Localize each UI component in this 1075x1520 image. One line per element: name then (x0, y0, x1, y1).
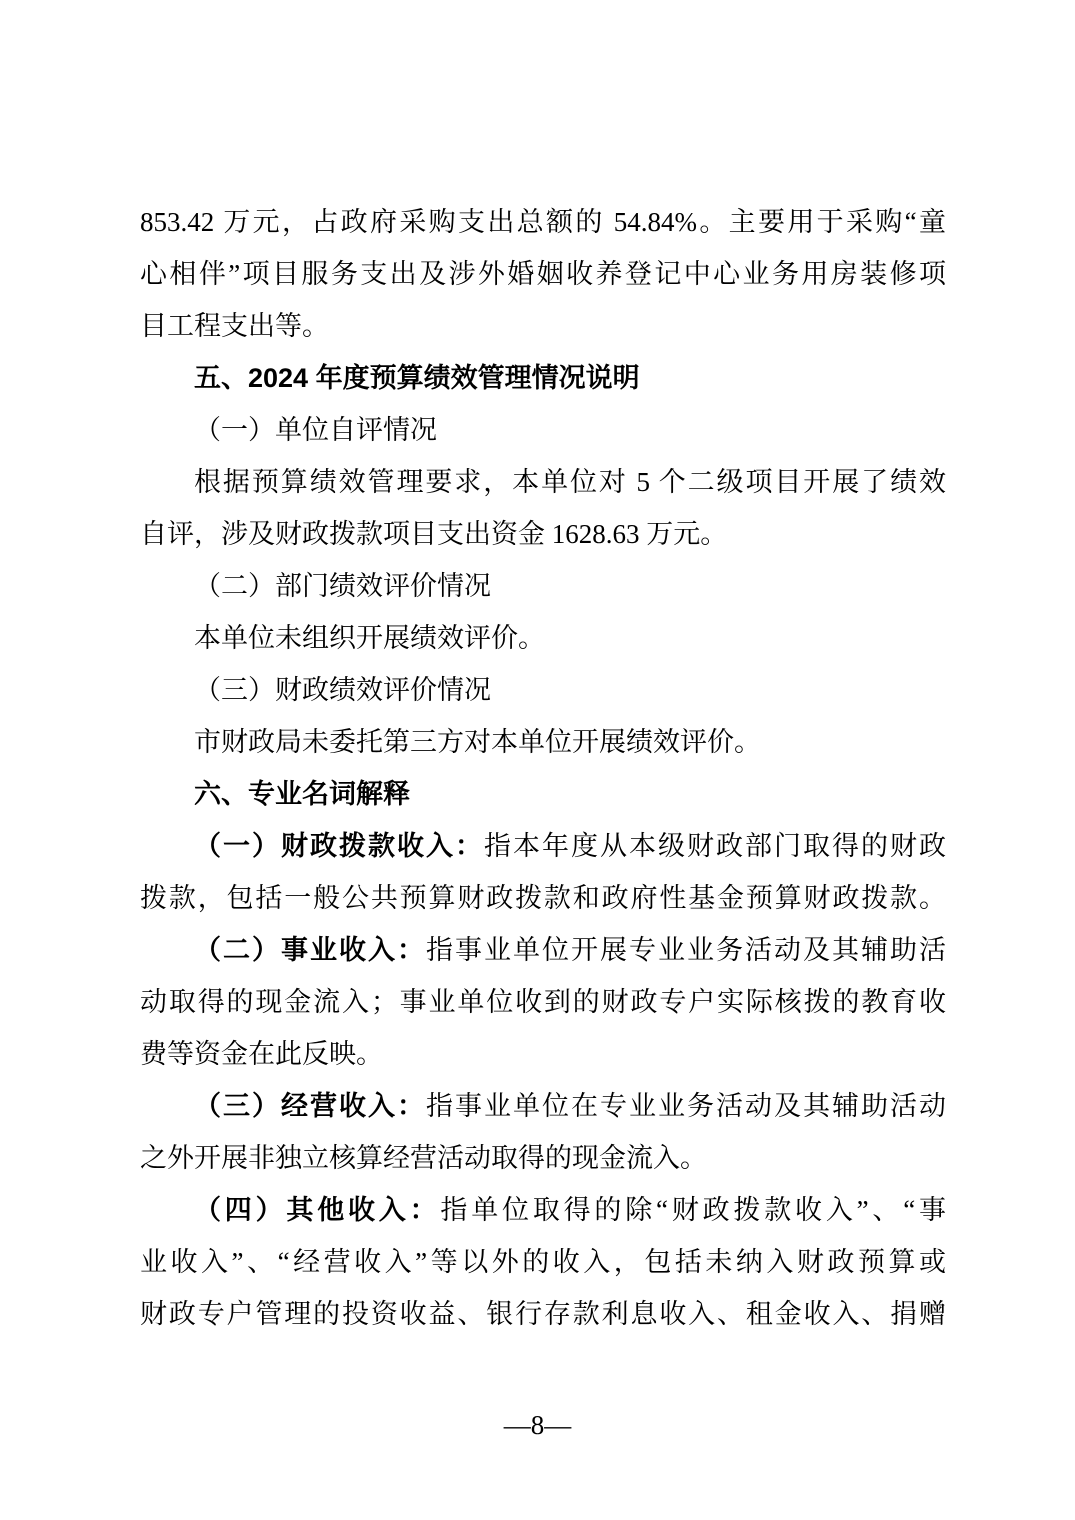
paragraph-line: 业收入”、“经营收入”等以外的收入，包括未纳入财政预算或 (140, 1236, 946, 1288)
heading-text: 六、专业名词解释 (194, 779, 410, 809)
sub-section-heading-3: （三）财政绩效评价情况 (140, 664, 946, 716)
line-text: 指事业单位开展专业业务活动及其辅助活 (426, 935, 946, 965)
page-number-text: —8— (504, 1410, 572, 1440)
sub-section-heading-1: （一）单位自评情况 (140, 404, 946, 456)
line-text: 指单位取得的除“财政拨款收入”、“事 (440, 1195, 946, 1225)
line-text: 根据预算绩效管理要求，本单位对 5 个二级项目开展了绩效 (194, 467, 946, 497)
line-text: 业收入”、“经营收入”等以外的收入，包括未纳入财政预算或 (140, 1247, 946, 1277)
paragraph-line: （一）财政拨款收入：指本年度从本级财政部门取得的财政 (140, 820, 946, 872)
term-label: （二）事业收入： (194, 935, 426, 965)
paragraph-line: 费等资金在此反映。 (140, 1028, 946, 1080)
subheading-text: （二）部门绩效评价情况 (194, 571, 491, 601)
document-page: 853.42 万元，占政府采购支出总额的 54.84%。主要用于采购“童 心相伴… (0, 0, 1075, 1520)
paragraph-line: 之外开展非独立核算经营活动取得的现金流入。 (140, 1132, 946, 1184)
line-text: 费等资金在此反映。 (140, 1039, 383, 1069)
paragraph-line: 市财政局未委托第三方对本单位开展绩效评价。 (140, 716, 946, 768)
line-text: 市财政局未委托第三方对本单位开展绩效评价。 (194, 727, 761, 757)
sub-section-heading-2: （二）部门绩效评价情况 (140, 560, 946, 612)
paragraph-line: 财政专户管理的投资收益、银行存款利息收入、租金收入、捐赠 (140, 1288, 946, 1340)
paragraph-line: 自评，涉及财政拨款项目支出资金 1628.63 万元。 (140, 508, 946, 560)
paragraph-line: （二）事业收入：指事业单位开展专业业务活动及其辅助活 (140, 924, 946, 976)
subheading-text: （一）单位自评情况 (194, 415, 437, 445)
line-text: 拨款，包括一般公共预算财政拨款和政府性基金预算财政拨款。 (140, 883, 946, 913)
document-content: 853.42 万元，占政府采购支出总额的 54.84%。主要用于采购“童 心相伴… (140, 196, 946, 1340)
heading-text: 五、2024 年度预算绩效管理情况说明 (194, 363, 640, 393)
section-heading-6: 六、专业名词解释 (140, 768, 946, 820)
section-heading-5: 五、2024 年度预算绩效管理情况说明 (140, 352, 946, 404)
term-label: （四）其他收入： (194, 1195, 440, 1225)
term-label: （一）财政拨款收入： (194, 831, 484, 861)
paragraph-line: 动取得的现金流入；事业单位收到的财政专户实际核拨的教育收 (140, 976, 946, 1028)
line-text: 853.42 万元，占政府采购支出总额的 54.84%。主要用于采购“童 (140, 207, 946, 237)
term-label: （三）经营收入： (194, 1091, 426, 1121)
line-text: 指本年度从本级财政部门取得的财政 (484, 831, 946, 861)
line-text: 财政专户管理的投资收益、银行存款利息收入、租金收入、捐赠 (140, 1299, 946, 1329)
line-text: 目工程支出等。 (140, 311, 329, 341)
line-text: 动取得的现金流入；事业单位收到的财政专户实际核拨的教育收 (140, 987, 946, 1017)
subheading-text: （三）财政绩效评价情况 (194, 675, 491, 705)
line-text: 心相伴”项目服务支出及涉外婚姻收养登记中心业务用房装修项 (140, 259, 946, 289)
line-text: 之外开展非独立核算经营活动取得的现金流入。 (140, 1143, 707, 1173)
paragraph-line: 心相伴”项目服务支出及涉外婚姻收养登记中心业务用房装修项 (140, 248, 946, 300)
paragraph-line: 本单位未组织开展绩效评价。 (140, 612, 946, 664)
paragraph-line: 根据预算绩效管理要求，本单位对 5 个二级项目开展了绩效 (140, 456, 946, 508)
paragraph-line: 853.42 万元，占政府采购支出总额的 54.84%。主要用于采购“童 (140, 196, 946, 248)
line-text: 本单位未组织开展绩效评价。 (194, 623, 545, 653)
paragraph-line: 拨款，包括一般公共预算财政拨款和政府性基金预算财政拨款。 (140, 872, 946, 924)
page-number: —8— (0, 1403, 1075, 1447)
paragraph-line: （四）其他收入：指单位取得的除“财政拨款收入”、“事 (140, 1184, 946, 1236)
paragraph-line: 目工程支出等。 (140, 300, 946, 352)
line-text: 指事业单位在专业业务活动及其辅助活动 (426, 1091, 946, 1121)
line-text: 自评，涉及财政拨款项目支出资金 1628.63 万元。 (140, 519, 727, 549)
paragraph-line: （三）经营收入：指事业单位在专业业务活动及其辅助活动 (140, 1080, 946, 1132)
